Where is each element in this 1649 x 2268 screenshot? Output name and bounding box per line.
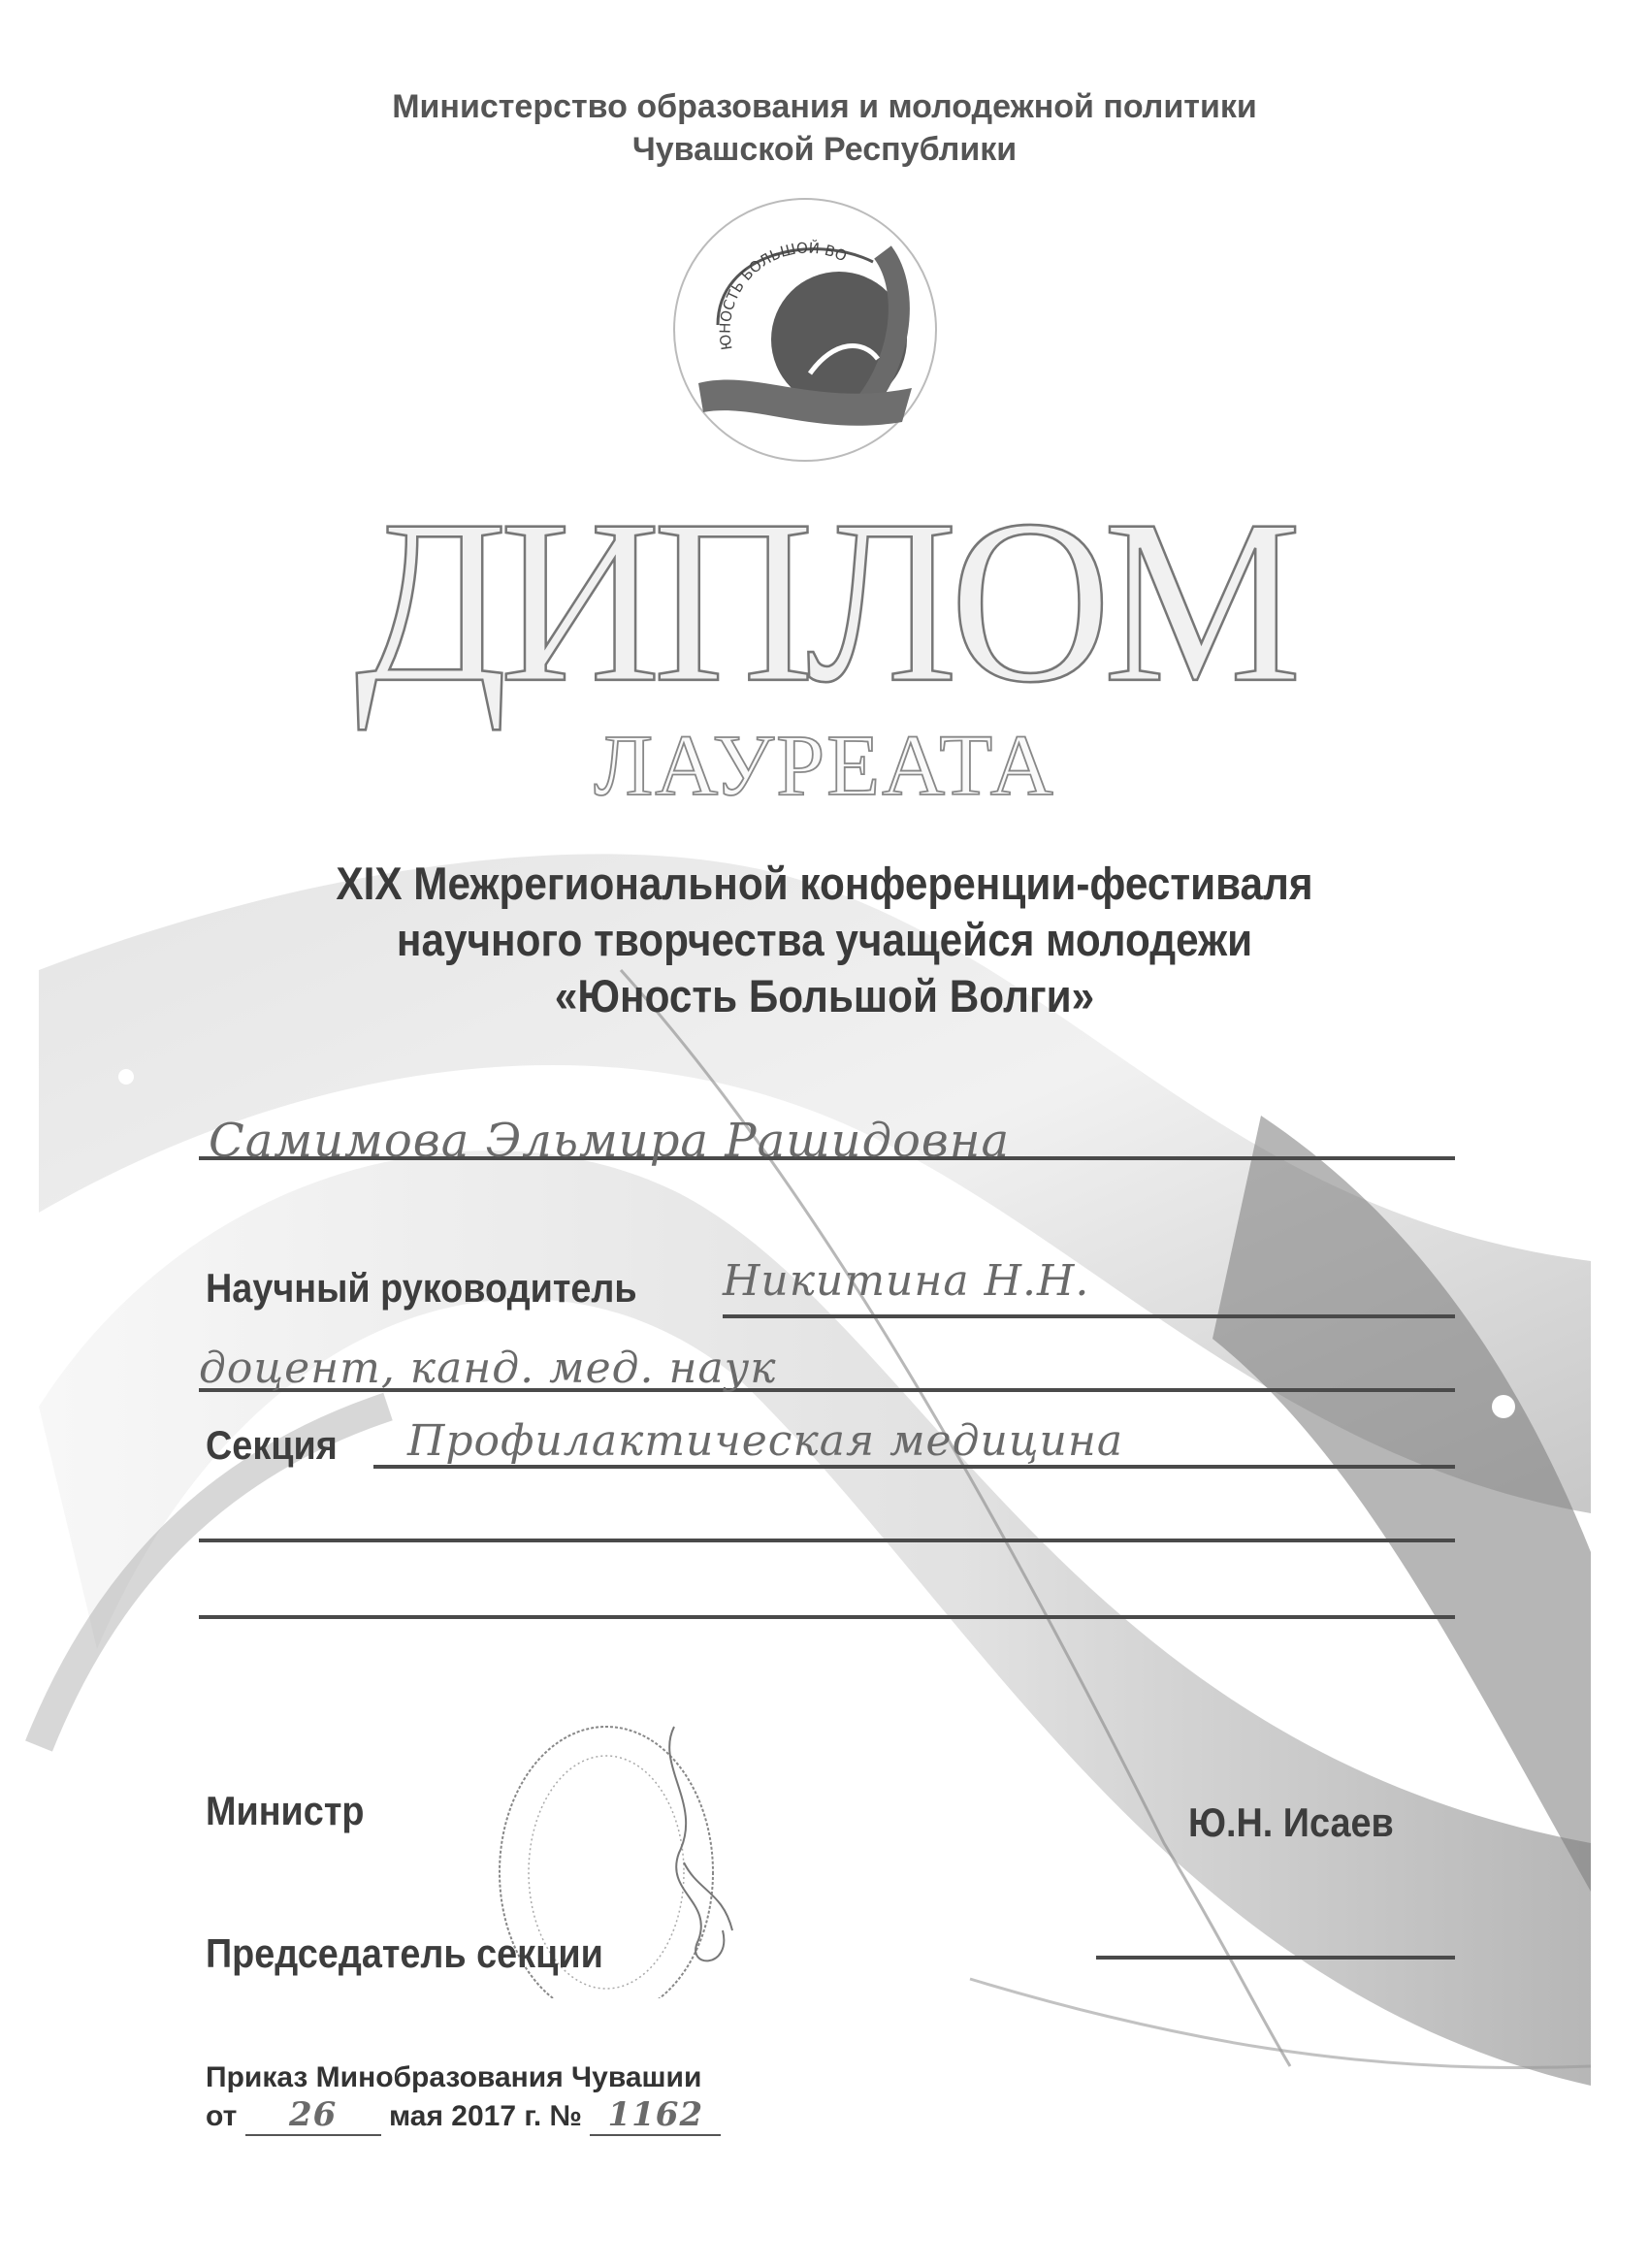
- supervisor-title: доцент, канд. мед. наук: [199, 1344, 777, 1393]
- section-chair-label: Председатель секции: [206, 1930, 603, 1977]
- section-value: Профилактическая медицина: [407, 1416, 1123, 1466]
- handwritten-signature-icon: [669, 1727, 732, 1960]
- order-line-1: Приказ Минобразования Чувашии: [206, 2061, 701, 2094]
- diploma-subtitle: ЛАУРЕАТА: [0, 723, 1649, 810]
- blank-line-2: [199, 1615, 1455, 1619]
- order-day: 26: [289, 2095, 337, 2134]
- ministry-line-2: Чувашской Республики: [0, 128, 1649, 171]
- minister-label: Министр: [206, 1788, 364, 1834]
- blank-line-1: [199, 1539, 1455, 1542]
- order-number: 1162: [607, 2095, 703, 2134]
- order-month-year: мая 2017 г. №: [389, 2100, 582, 2132]
- conference-line-1: XIX Межрегиональной конференции-фестивал…: [82, 856, 1567, 912]
- conference-line-2: научного творчества учащейся молодежи: [82, 912, 1567, 968]
- section-chair-signature-line: [1096, 1956, 1455, 1960]
- minister-name: Ю.Н. Исаев: [1188, 1799, 1394, 1846]
- conference-title: XIX Межрегиональной конференции-фестивал…: [82, 856, 1567, 1024]
- diploma-title: ДИПЛОМ: [0, 484, 1649, 719]
- ministry-line-1: Министерство образования и молодежной по…: [0, 85, 1649, 128]
- supervisor-underline: [723, 1314, 1455, 1318]
- supervisor-label: Научный руководитель: [206, 1265, 637, 1312]
- recipient-name: Самимова Эльмира Рашидовна: [209, 1114, 1010, 1168]
- order-prefix: от: [206, 2100, 237, 2132]
- ministry-header: Министерство образования и молодежной по…: [0, 85, 1649, 171]
- supervisor-name: Никитина Н.Н.: [723, 1256, 1089, 1306]
- order-line-2: от 26 мая 2017 г. № 1162: [206, 2095, 721, 2136]
- conference-line-3: «Юность Большой Волги»: [82, 968, 1567, 1024]
- festival-logo-icon: ЮНОСТЬ БОЛЬШОЙ ВОЛГИ: [660, 194, 951, 466]
- section-label: Секция: [206, 1422, 338, 1469]
